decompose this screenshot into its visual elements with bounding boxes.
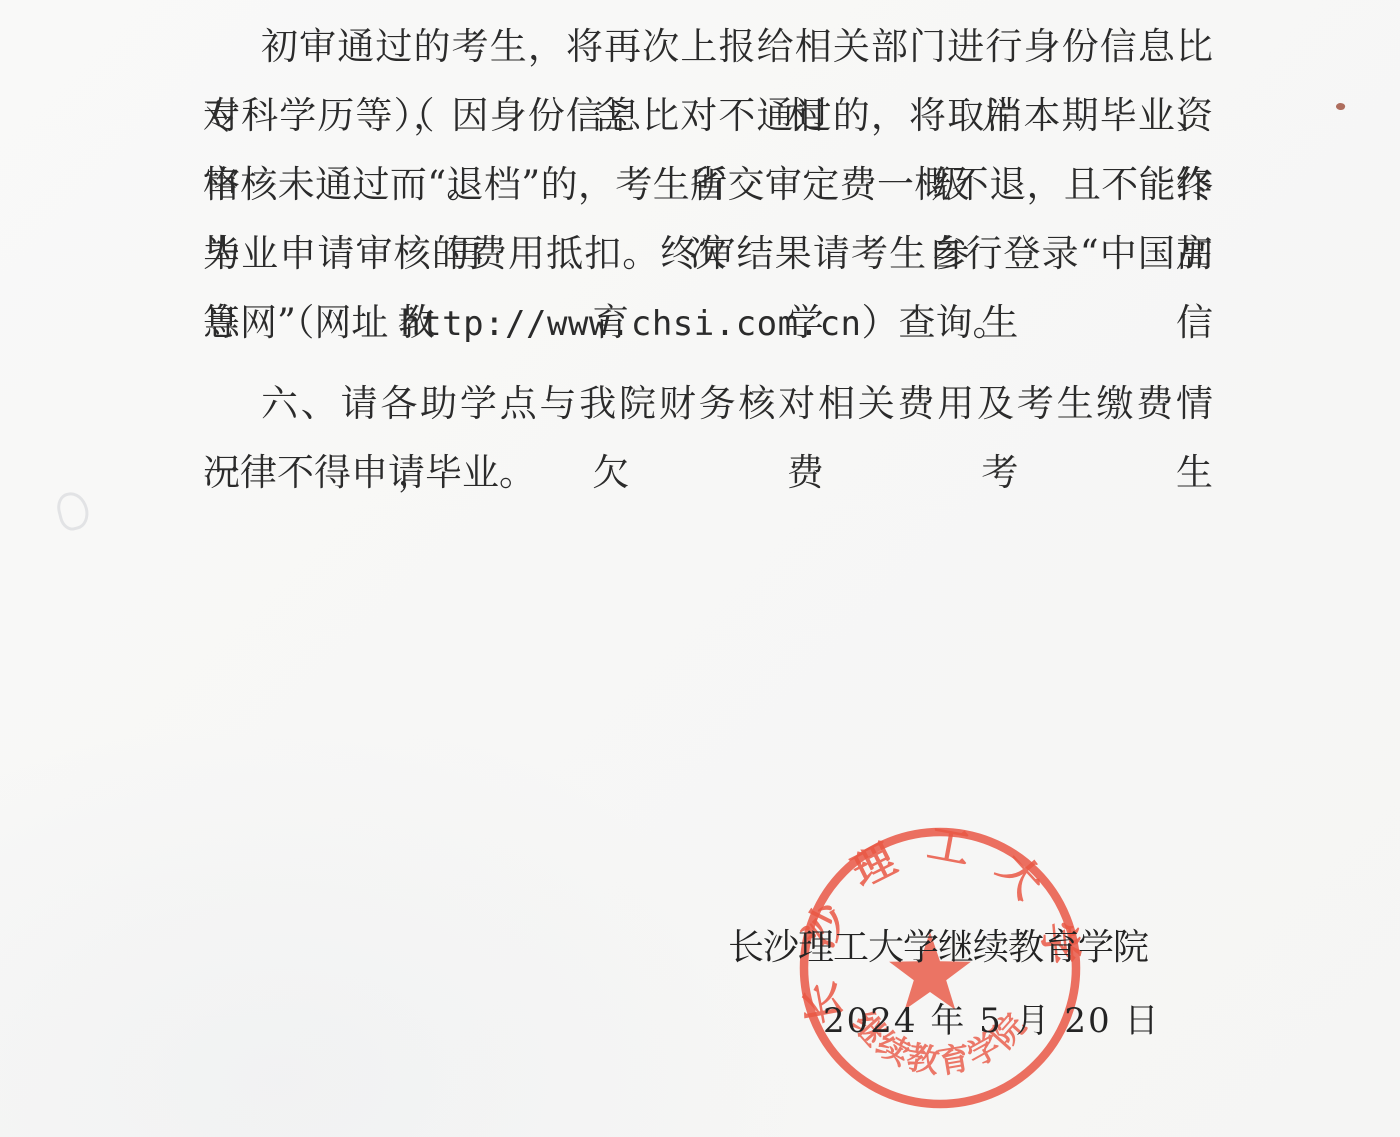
document-page: 初审通过的考生，将再次上报给相关部门进行身份信息比对（含相片、 专科学历等），因… (0, 0, 1400, 1137)
text-line: 初审通过的考生，将再次上报给相关部门进行身份信息比对（含相片、 (203, 12, 1213, 81)
text-line: 毕业申请审核的费用抵扣。终审结果请考生自行登录“中国高等教育学生信 (203, 219, 1213, 288)
paragraph-identity-check: 初审通过的考生，将再次上报给相关部门进行身份信息比对（含相片、 专科学历等），因… (203, 12, 1213, 357)
text-line: 审核未通过而“退档”的，考生所交审定费一概不退，且不能作为再次参加 (203, 150, 1213, 219)
text-before-url: 息网”（网址 (203, 301, 400, 344)
text-after-url: ）查询。 (862, 301, 1010, 344)
document-body: 初审通过的考生，将再次上报给相关部门进行身份信息比对（含相片、 专科学历等），因… (203, 12, 1213, 507)
signature-line: 长沙理工大学继续教育学院 (728, 919, 1148, 970)
date-line: 2024 年 5 月 20 日 (823, 993, 1160, 1042)
text-line: 专科学历等），因身份信息比对不通过的，将取消本期毕业资格。省级终 (203, 81, 1213, 150)
text-line: 六、请各助学点与我院财务核对相关费用及考生缴费情况，欠费考生 (203, 369, 1213, 438)
ink-speck (1335, 102, 1346, 111)
paragraph-fee-check: 六、请各助学点与我院财务核对相关费用及考生缴费情况，欠费考生 一律不得申请毕业。 (203, 369, 1213, 507)
chsi-url: http://www.chsi.com.cn (400, 304, 861, 344)
paper-smudge (54, 489, 92, 533)
